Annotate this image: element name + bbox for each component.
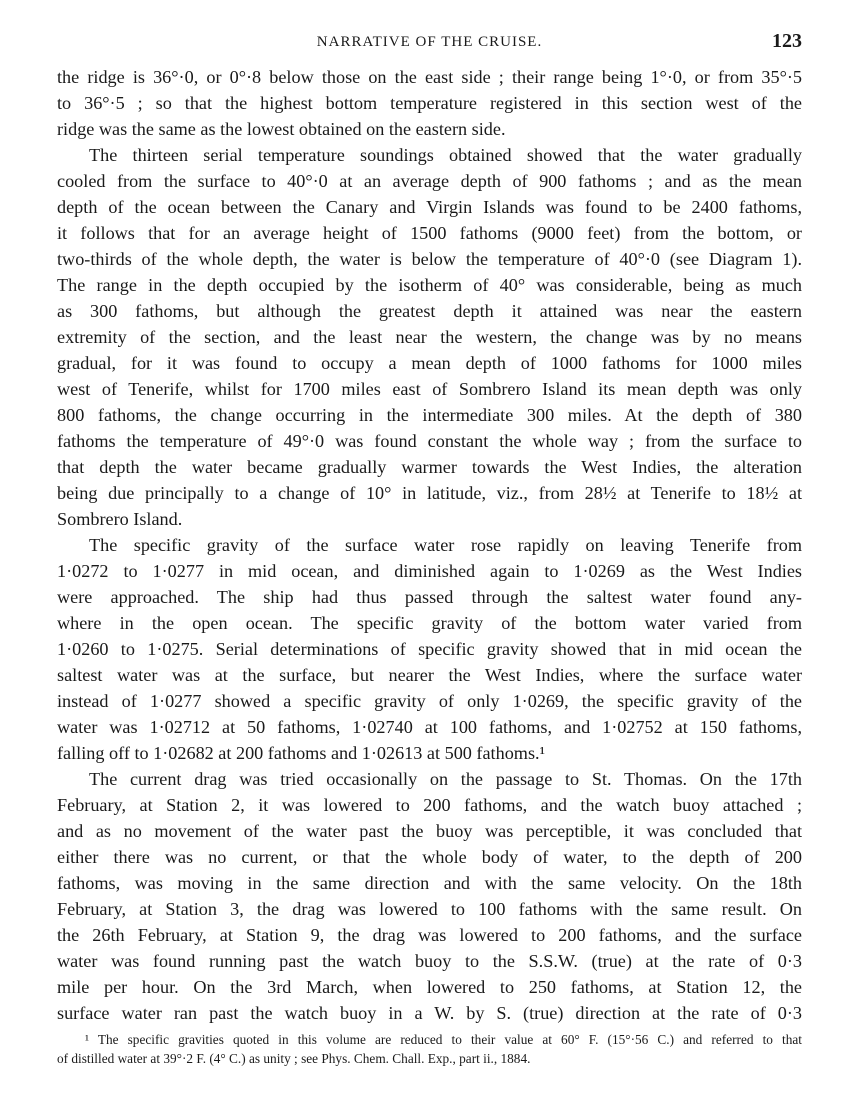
text-line: depth of the ocean between the Canary an… (57, 194, 802, 220)
text-line: being due principally to a change of 10°… (57, 480, 802, 506)
text-line: ridge was the same as the lowest obtaine… (57, 116, 802, 142)
text-line: mile per hour. On the 3rd March, when lo… (57, 974, 802, 1000)
text-line: February, at Station 2, it was lowered t… (57, 792, 802, 818)
text-line: falling off to 1·02682 at 200 fathoms an… (57, 740, 802, 766)
text-line: it follows that for an average height of… (57, 220, 802, 246)
page-header: NARRATIVE OF THE CRUISE. 123 (57, 30, 802, 54)
text-line: two-thirds of the whole depth, the water… (57, 246, 802, 272)
text-line: extremity of the section, and the least … (57, 324, 802, 350)
text-line: were approached. The ship had thus passe… (57, 584, 802, 610)
text-line: water was 1·02712 at 50 fathoms, 1·02740… (57, 714, 802, 740)
text-line: cooled from the surface to 40°·0 at an a… (57, 168, 802, 194)
text-line: to 36°·5 ; so that the highest bottom te… (57, 90, 802, 116)
text-line: either there was no current, or that the… (57, 844, 802, 870)
text-line: February, at Station 3, the drag was low… (57, 896, 802, 922)
text-line: saltest water was at the surface, but ne… (57, 662, 802, 688)
footnote-line: ¹ The specific gravities quoted in this … (57, 1030, 802, 1049)
text-line: fathoms, was moving in the same directio… (57, 870, 802, 896)
text-line: and as no movement of the water past the… (57, 818, 802, 844)
text-line: instead of 1·0277 showed a specific grav… (57, 688, 802, 714)
footnote-line: of distilled water at 39°·2 F. (4° C.) a… (57, 1049, 802, 1068)
body-text: the ridge is 36°·0, or 0°·8 below those … (57, 64, 802, 1026)
running-head: NARRATIVE OF THE CRUISE. (57, 34, 802, 51)
text-line: The specific gravity of the surface wate… (57, 532, 802, 558)
page-number: 123 (772, 30, 802, 53)
text-line: where in the open ocean. The specific gr… (57, 610, 802, 636)
text-line: The range in the depth occupied by the i… (57, 272, 802, 298)
text-line: The thirteen serial temperature sounding… (57, 142, 802, 168)
text-line: gradual, for it was found to occupy a me… (57, 350, 802, 376)
text-line: surface water ran past the watch buoy in… (57, 1000, 802, 1026)
text-line: 1·0272 to 1·0277 in mid ocean, and dimin… (57, 558, 802, 584)
text-line: The current drag was tried occasionally … (57, 766, 802, 792)
text-line: 1·0260 to 1·0275. Serial determinations … (57, 636, 802, 662)
text-line: as 300 fathoms, but although the greates… (57, 298, 802, 324)
text-line: west of Tenerife, whilst for 1700 miles … (57, 376, 802, 402)
text-line: the 26th February, at Station 9, the dra… (57, 922, 802, 948)
text-line: that depth the water became gradually wa… (57, 454, 802, 480)
text-line: fathoms the temperature of 49°·0 was fou… (57, 428, 802, 454)
text-line: 800 fathoms, the change occurring in the… (57, 402, 802, 428)
text-line: Sombrero Island. (57, 506, 802, 532)
footnotes: ¹ The specific gravities quoted in this … (57, 1030, 802, 1068)
text-line: water was found running past the watch b… (57, 948, 802, 974)
text-line: the ridge is 36°·0, or 0°·8 below those … (57, 64, 802, 90)
